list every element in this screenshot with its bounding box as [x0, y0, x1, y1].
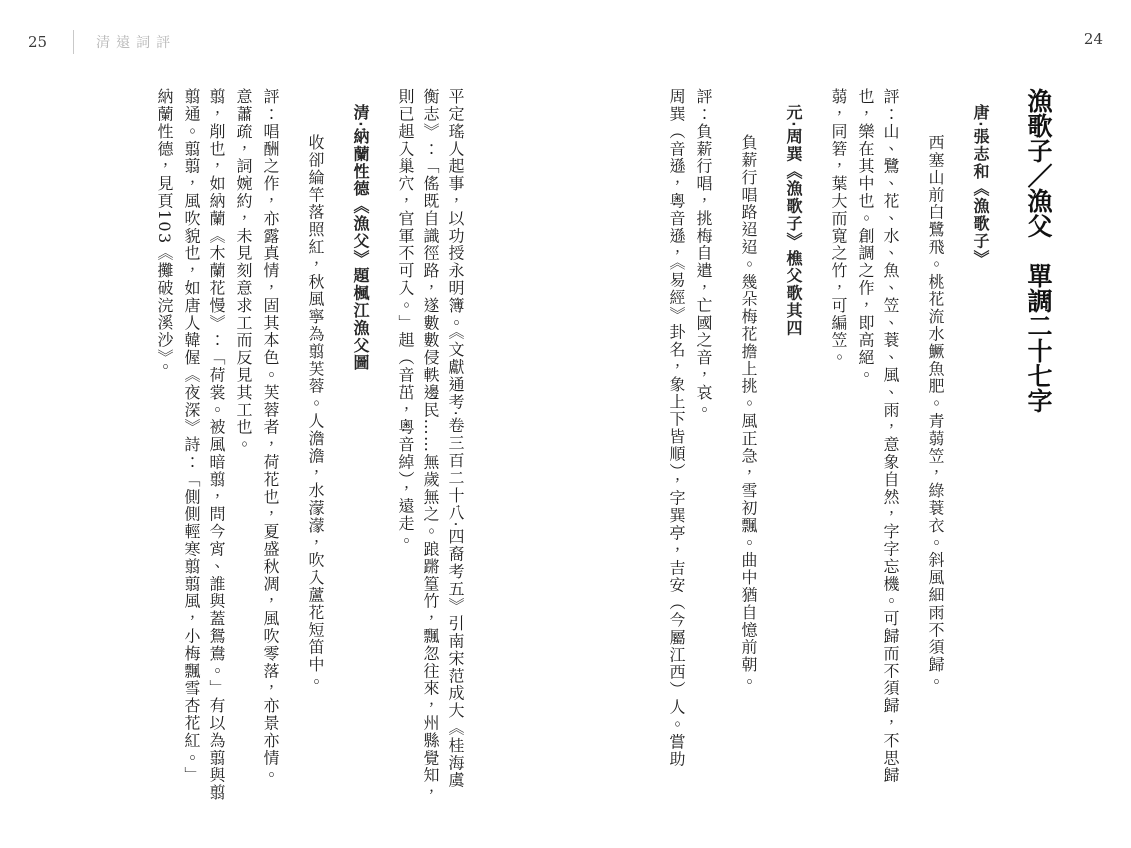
book-spread: 25 清遠詞評 24 漁歌子／漁父 單調二十七字 唐‧張志和《漁歌子》 西塞山前… — [0, 0, 1131, 848]
poem-zhang-zhihe: 西塞山前白鷺飛。桃花流水鱖魚肥。青蒻笠，綠蓑衣。斜風細雨不須歸。 — [923, 88, 948, 802]
running-head-divider — [73, 30, 74, 54]
author-line-nalan-xingde: 清‧納蘭性德《漁父》題楓江漁父圖 — [348, 88, 373, 802]
page-number-right: 24 — [1084, 30, 1103, 48]
running-head-left: 25 清遠詞評 — [28, 30, 176, 54]
gloss-ruo-bamboo: 蒻，同箬，葉大而寬之竹，可編笠。 — [826, 88, 851, 802]
biography-zhou-xun: 周巽（音遜，粵音遜，《易經》卦名，象上下皆順），字巽亭，吉安（今屬江西）人。嘗助 — [664, 88, 689, 802]
page-number-left: 25 — [28, 33, 47, 51]
biography-zhou-xun-continued: 平定瑤人起事，以功授永明簿。《文獻通考‧卷三百二十八‧四裔考五》引南宋范成大《桂… — [393, 88, 468, 802]
entry-title: 漁歌子／漁父 單調二十七字 — [1017, 88, 1059, 802]
page-right: 漁歌子／漁父 單調二十七字 唐‧張志和《漁歌子》 西塞山前白鷺飛。桃花流水鱖魚肥… — [644, 88, 1059, 802]
poem-zhou-xun: 負薪行唱路迢迢。幾朵梅花擔上挑。風正急，雪初飄。曲中猶自憶前朝。 — [736, 88, 761, 802]
commentary-nalan-part1: 評：唱酬之作，亦露真情，固其本色。芙蓉者，荷花也，夏盛秋凋，風吹零落，亦景亦情。 — [258, 88, 283, 802]
author-line-zhang-zhihe: 唐‧張志和《漁歌子》 — [968, 88, 993, 802]
poem-nalan-xingde: 收卻綸竿落照紅，秋風寧為翦芙蓉。人澹澹，水濛濛，吹入蘆花短笛中。 — [303, 88, 328, 802]
commentary-nalan-part2: 意蕭疏，詞婉約，未見刻意求工而反見其工也。 — [231, 88, 256, 802]
commentary-zhang-zhihe: 評：山、鷺、花、水、魚、笠、蓑、風、雨，意象自然，字字忘機。可歸而不須歸，不思歸… — [853, 88, 903, 802]
gloss-jian: 翦，削也，如納蘭《木蘭花慢》：「荷裳。被風暗翦，問今宵、誰與蓋鴛鴦。」有以為翦與… — [179, 88, 229, 802]
author-line-zhou-xun: 元‧周巽《漁歌子》樵父歌其四 — [781, 88, 806, 802]
cross-reference-nalan: 納蘭性德，見頁103《攤破浣溪沙》。 — [152, 88, 177, 802]
page-left: 平定瑤人起事，以功授永明簿。《文獻通考‧卷三百二十八‧四裔考五》引南宋范成大《桂… — [132, 88, 468, 802]
commentary-zhou-xun: 評：負薪行唱，挑梅自遣，亡國之音，哀。 — [691, 88, 716, 802]
book-title: 清遠詞評 — [96, 32, 176, 52]
